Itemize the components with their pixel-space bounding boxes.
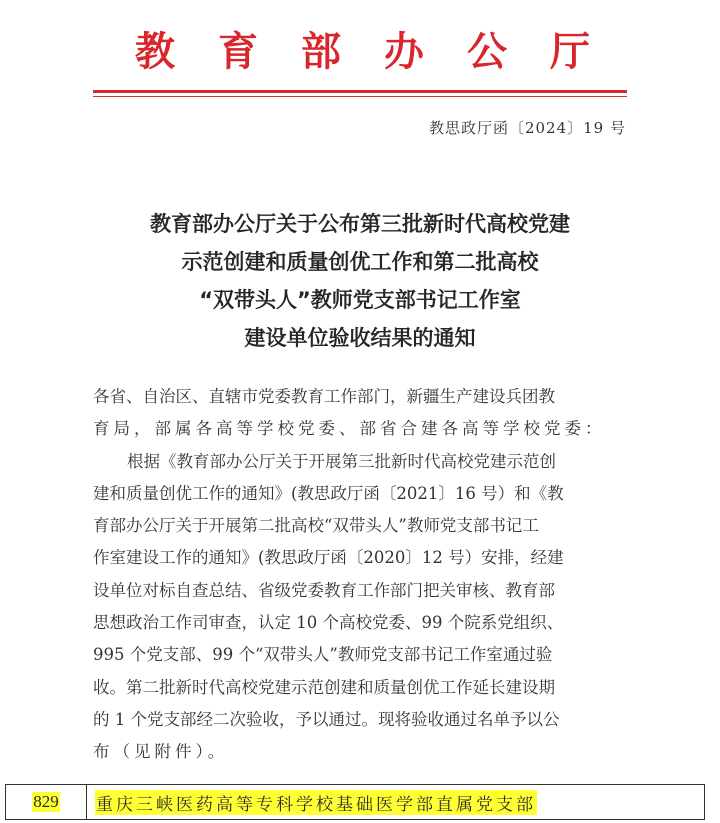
document-number: 教思政厅函〔2024〕19 号	[429, 117, 626, 138]
body-line-text: 布（见附件）。	[93, 736, 228, 768]
body-line: 育部办公厅关于开展第二批高校“双带头人”教师党支部书记工	[93, 510, 627, 542]
body-line: 布（见附件）。	[93, 736, 627, 768]
title-line: 建设单位验收结果的通知	[93, 319, 627, 357]
body-line-text: 收。第二批新时代高校党建示范创建和质量创优工作延长建设期	[93, 672, 555, 704]
body-line: 建和质量创优工作的通知》(教思政厅函〔2021〕16 号）和《教	[93, 478, 627, 510]
body-line: 995 个党支部、99 个“双带头人”教师党支部书记工作室通过验	[93, 639, 627, 671]
body-line-text: 育部办公厅关于开展第二批高校“双带头人”教师党支部书记工	[93, 510, 539, 542]
body-line: 育局，部属各高等学校党委、部省合建各高等学校党委：	[93, 413, 627, 445]
title-line: 示范创建和质量创优工作和第二批高校	[93, 243, 627, 281]
header-rule-thin	[93, 96, 627, 97]
row-number: 829	[32, 792, 60, 812]
document-title: 教育部办公厅关于公布第三批新时代高校党建 示范创建和质量创优工作和第二批高校 “…	[93, 205, 627, 357]
header-char: 办	[384, 20, 424, 77]
body-line-text: 设单位对标自查总结、省级党委教育工作部门把关审核、教育部	[93, 575, 555, 607]
body-line: 各省、自治区、直辖市党委教育工作部门，新疆生产建设兵团教	[93, 381, 627, 413]
row-unit-name: 重庆三峡医药高等专科学校基础医学部直属党支部	[95, 790, 537, 815]
document-body: 各省、自治区、直辖市党委教育工作部门，新疆生产建设兵团教 育局，部属各高等学校党…	[93, 381, 627, 769]
body-line-text: 根据《教育部办公厅关于开展第三批新时代高校党建示范创	[127, 446, 556, 478]
title-line: “双带头人”教师党支部书记工作室	[93, 281, 627, 319]
body-line-text: 建和质量创优工作的通知》(教思政厅函〔2021〕16 号）和《教	[93, 478, 564, 510]
body-line: 的 1 个党支部经二次验收，予以通过。现将验收通过名单予以公	[93, 704, 627, 736]
body-line: 思想政治工作司审查，认定 10 个高校党委、99 个院系党组织、	[93, 607, 627, 639]
title-line: 教育部办公厅关于公布第三批新时代高校党建	[93, 205, 627, 243]
header-char: 部	[301, 20, 341, 77]
body-line-text: 育局，部属各高等学校党委、部省合建各高等学校党委：	[93, 413, 606, 445]
table-row: 829 重庆三峡医药高等专科学校基础医学部直属党支部	[5, 784, 705, 820]
body-line-text: 作室建设工作的通知》(教思政厅函〔2020〕12 号）安排，经建	[93, 542, 564, 574]
header-char: 公	[467, 20, 507, 77]
body-line: 根据《教育部办公厅关于开展第三批新时代高校党建示范创	[93, 446, 627, 478]
body-line-text: 思想政治工作司审查，认定 10 个高校党委、99 个院系党组织、	[93, 607, 563, 639]
body-line: 设单位对标自查总结、省级党委教育工作部门把关审核、教育部	[93, 575, 627, 607]
body-line: 作室建设工作的通知》(教思政厅函〔2020〕12 号）安排，经建	[93, 542, 627, 574]
body-line-text: 各省、自治区、直辖市党委教育工作部门，新疆生产建设兵团教	[93, 381, 555, 413]
header-rule-thick	[93, 90, 627, 93]
row-name-cell: 重庆三峡医药高等专科学校基础医学部直属党支部	[87, 785, 704, 819]
body-line-text: 995 个党支部、99 个“双带头人”教师党支部书记工作室通过验	[93, 639, 552, 671]
header-char: 厅	[550, 20, 590, 77]
org-header-title: 教 育 部 办 公 厅	[100, 20, 630, 77]
row-number-cell: 829	[6, 785, 87, 819]
body-line-text: 的 1 个党支部经二次验收，予以通过。现将验收通过名单予以公	[93, 704, 560, 736]
body-line: 收。第二批新时代高校党建示范创建和质量创优工作延长建设期	[93, 672, 627, 704]
header-char: 育	[218, 20, 258, 77]
header-char: 教	[135, 20, 175, 77]
